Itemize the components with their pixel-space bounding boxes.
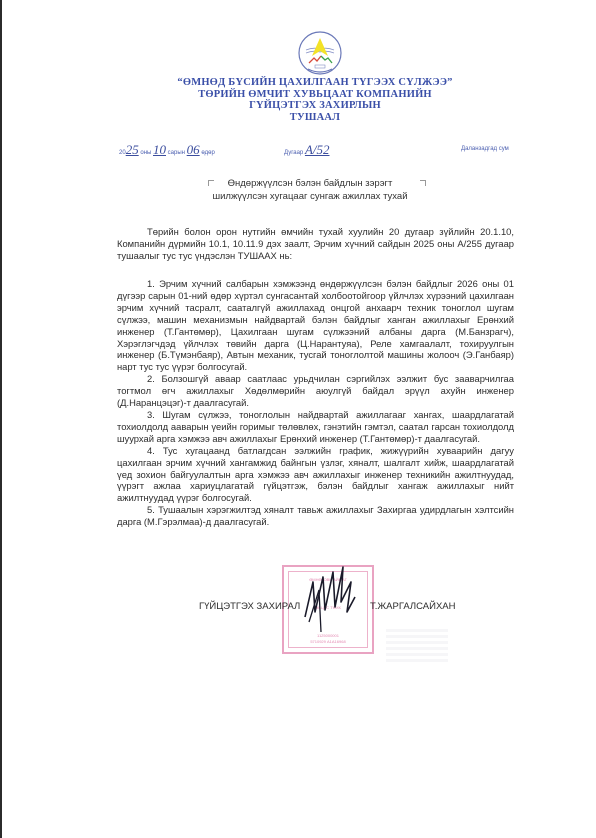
left-edge-border [0, 0, 2, 838]
day-suffix: өдөр [201, 150, 215, 156]
number-handwritten: A/52 [305, 142, 330, 157]
subject-line-1: Өндөржүүлсэн бэлэн байдлын зэрэгт [180, 177, 440, 190]
company-logo-icon [297, 30, 343, 76]
signatory-title: ГҮЙЦЭТГЭХ ЗАХИРАЛ [199, 601, 300, 612]
order-item-5: 5. Тушаалын хэрэгжилтэд хяналт тавьж ажи… [117, 504, 514, 528]
org-name-line-3: ГҮЙЦЭТГЭХ ЗАХИРЛЫН [100, 100, 530, 112]
subject-line-2: шилжүүлсэн хугацааг сунгаж ажиллах тухай [180, 190, 440, 203]
order-item-2: 2. Болзошгүй аваар саатлаас урьдчилан сэ… [117, 373, 514, 409]
preamble-text: Төрийн болон орон нутгийн өмчийн тухай х… [117, 226, 514, 262]
year-suffix: оны [140, 150, 151, 156]
document-type: ТУШААЛ [100, 112, 530, 124]
signatory-name: Т.ЖАРГАЛСАЙХАН [370, 601, 455, 612]
document-date: 2025 оны 10 сарын 06 өдөр [119, 142, 215, 158]
document-header: “ӨМНӨД БҮСИЙН ЦАХИЛГААН ТҮГЭЭХ СҮЛЖЭЭ” Т… [100, 77, 530, 123]
number-label: Дугаар [284, 150, 303, 156]
order-item-3: 3. Шугам сүлжээ, тоноглолын найдвартай а… [117, 409, 514, 445]
document-place: Даланзадгад сум [461, 146, 509, 162]
org-name-line-2: ТӨРИЙН ӨМЧИТ ХУВЬЦААТ КОМПАНИЙН [100, 89, 530, 101]
document-number: Дугаар A/52 [284, 142, 330, 158]
signature-block: ӨМНӨГОВЬ АЙМАГ ӨБЦТС ТӨХК 1125000001 571… [0, 596, 596, 686]
day-handwritten: 06 [187, 142, 200, 157]
year-handwritten: 25 [126, 142, 139, 157]
preamble: Төрийн болон орон нутгийн өмчийн тухай х… [117, 226, 514, 262]
document-page: “ӨМНӨД БҮСИЙН ЦАХИЛГААН ТҮГЭЭХ СҮЛЖЭЭ” Т… [0, 0, 596, 838]
order-item-4: 4. Тус хугацаанд батлагдсан ээлжийн граф… [117, 445, 514, 505]
stamp-reg-2: 5710929 А1А16968 [284, 639, 372, 644]
order-item-1: 1. Эрчим хүчний салбарын хэмжээнд өндөрж… [117, 278, 514, 373]
document-subject: Өндөржүүлсэн бэлэн байдлын зэрэгт шилжүү… [180, 177, 440, 203]
year-prefix: 20 [119, 150, 126, 156]
month-handwritten: 10 [153, 142, 166, 157]
month-suffix: сарын [168, 150, 185, 156]
order-items: 1. Эрчим хүчний салбарын хэмжээнд өндөрж… [117, 278, 514, 528]
handwritten-signature-icon [295, 562, 365, 637]
faint-bleedthrough-text [386, 629, 448, 662]
org-name-line-1: “ӨМНӨД БҮСИЙН ЦАХИЛГААН ТҮГЭЭХ СҮЛЖЭЭ” [100, 77, 530, 89]
